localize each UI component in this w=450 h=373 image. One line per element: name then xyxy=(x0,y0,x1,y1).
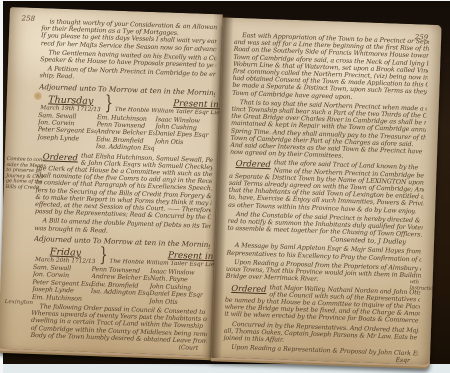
councillor-column: Isaac WinslowJohn CushingDaniel Epes Esq… xyxy=(154,116,214,155)
paragraph-terms: That is to say that the said Northern Pr… xyxy=(230,99,427,163)
left-page-number: 258 xyxy=(21,14,35,22)
margin-note-lexington: Lexington xyxy=(5,300,34,307)
councillor-column: Em. HutchinsonPenn TownsendAndrew Belche… xyxy=(96,114,156,153)
order-committee: Ordered that Elisha Hutchinson, Samuel S… xyxy=(35,151,213,222)
session-day-block: Thursday March 19th 1712/13 xyxy=(38,94,103,113)
order-bridge-committee: Ordered that Major Walley, Nathanl Norde… xyxy=(224,282,420,325)
session-day-block: Friday March 20th 1712/13 xyxy=(33,246,98,265)
paragraph-precinct-bounds: East with Appropriation of the Town to b… xyxy=(232,32,429,104)
manuscript-line: Em. Hutchinson xyxy=(32,293,91,302)
open-manuscript-book: 258 Comtee to con-sider the Meansto pres… xyxy=(0,7,442,371)
ordered-label: Ordered xyxy=(231,282,267,293)
scan-edge-top xyxy=(0,0,450,1)
paragraph-opening: is thought worthy of your Consideration … xyxy=(41,18,218,53)
councillor-column: Sam. SewallJon. CorwinPeter Sergeant Esq… xyxy=(32,264,92,303)
margin-note-committee: Comtee to con-sider the Meansto preserve… xyxy=(6,157,36,191)
councillor-column: Penn TownsendAndrew Belcher EsqrEdw. Bro… xyxy=(90,266,150,305)
thursday-councillor-columns: Sam. SewallJon. CorwinPeter Sergeant Esq… xyxy=(37,112,214,155)
councillor-column: Sam. SewallJon. CorwinPeter Sergeant Esq… xyxy=(37,112,97,151)
friday-councillor-columns: Sam. SewallJon. CorwinPeter Sergeant Esq… xyxy=(32,264,209,307)
left-page: 258 Comtee to con-sider the Meansto pres… xyxy=(0,7,223,356)
manuscript-line: Isa. Addington Esqr xyxy=(96,143,155,152)
right-page: 259 wthInstruction East with Appropriati… xyxy=(211,17,442,364)
margin-note-instruction: wthInstruction xyxy=(409,280,431,292)
manuscript-line: Instruction xyxy=(409,286,431,292)
brace-glyph: } xyxy=(99,244,108,267)
right-page-number: 259 xyxy=(415,33,429,41)
paragraph-lexington-preamble: The following Order passd in Council & C… xyxy=(30,303,207,345)
manuscript-photo: 258 Comtee to con-sider the Meansto pres… xyxy=(0,0,450,373)
ordered-label: Ordered xyxy=(43,151,79,162)
ordered-label: Ordered xyxy=(236,158,272,169)
order-lexington-incorporation: Ordered that the afore said Tract of Lan… xyxy=(228,158,425,215)
manuscript-line: Bills of Credit. xyxy=(6,184,35,191)
councillor-column: Isaac WinslowNath. PayneJohn CushingDani… xyxy=(149,268,209,307)
manuscript-line: Isa. Addington Esqr xyxy=(91,288,150,297)
brace-glyph: } xyxy=(104,92,113,115)
